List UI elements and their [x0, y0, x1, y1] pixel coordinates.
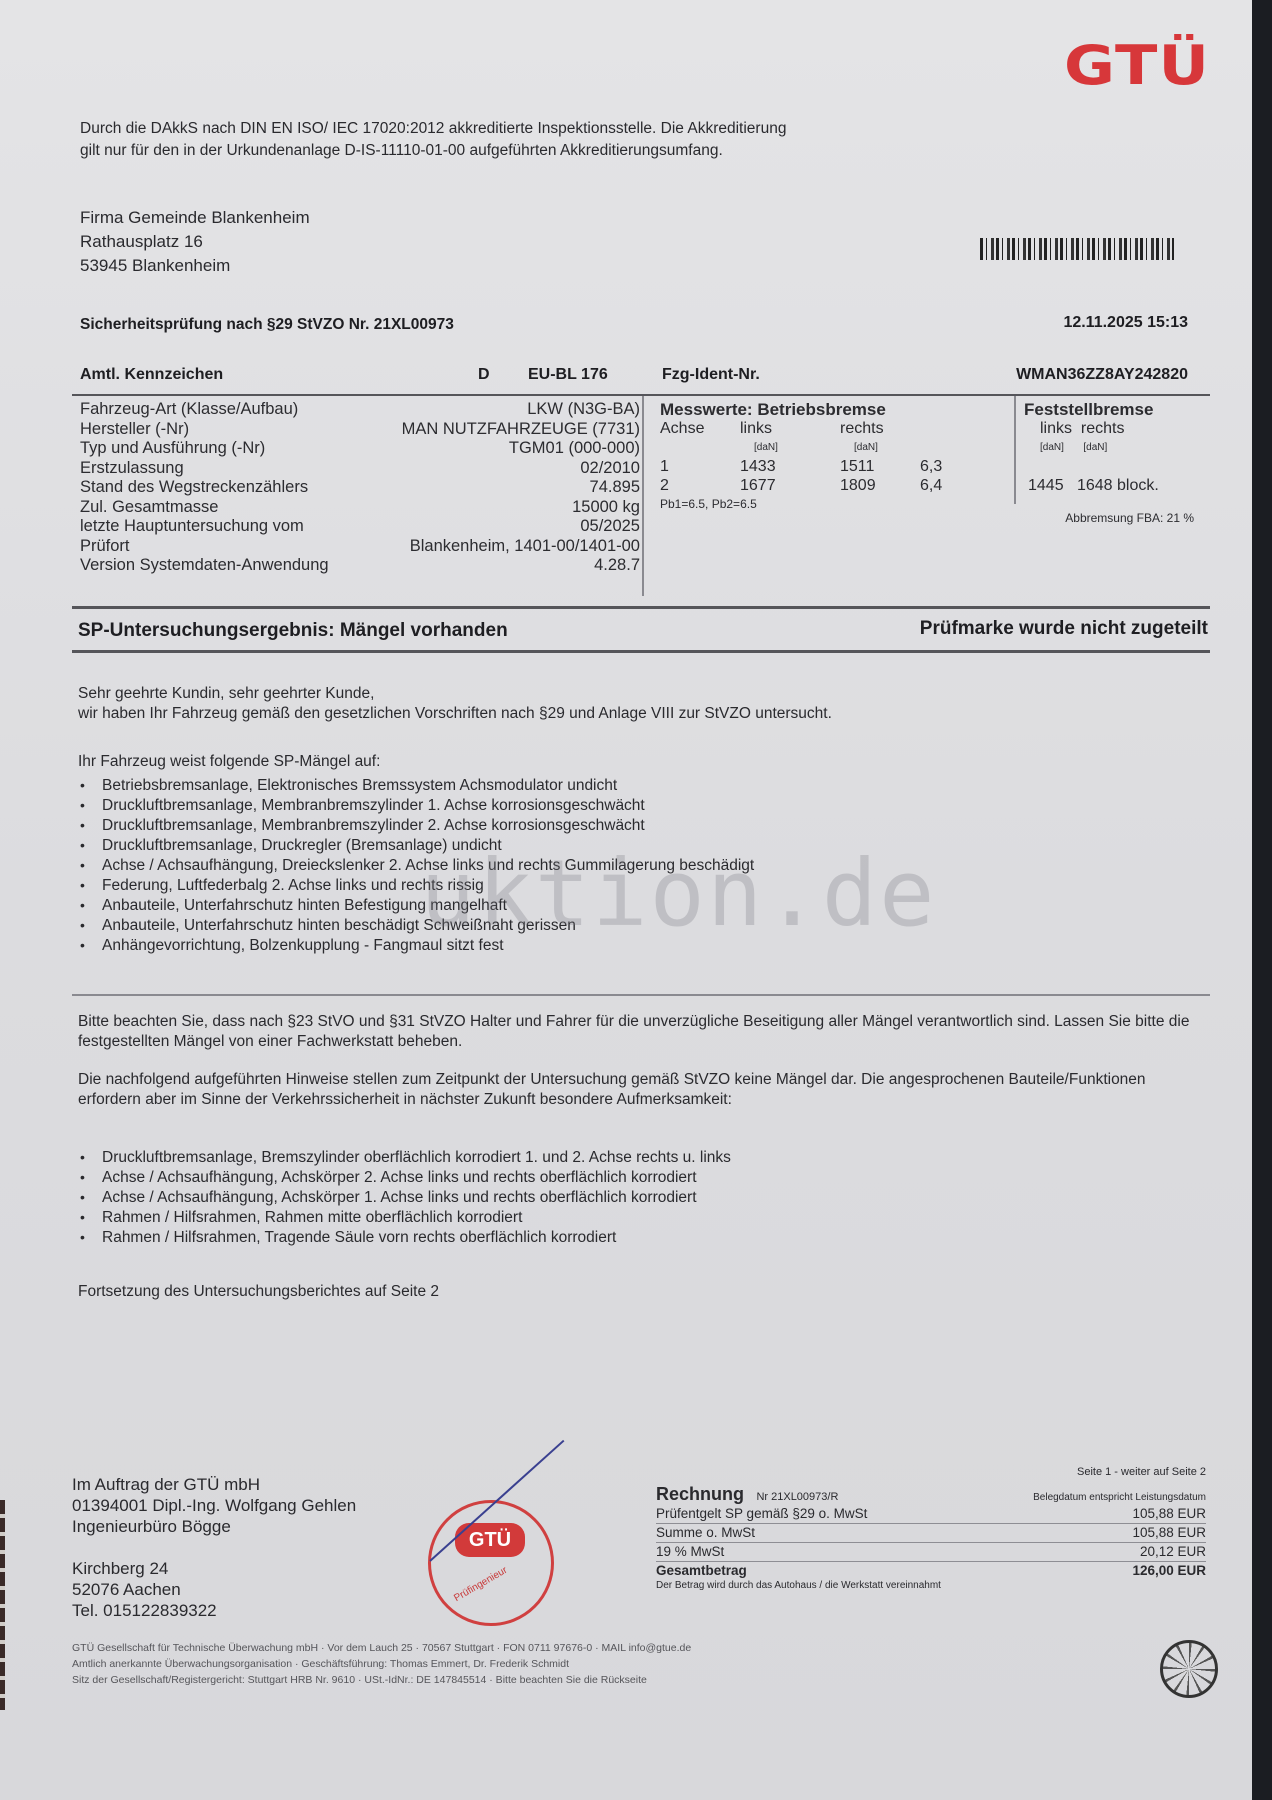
barcode	[980, 238, 1174, 260]
divider	[72, 994, 1210, 996]
vehicle-data-label: Typ und Ausführung (-Nr)	[80, 439, 265, 459]
defect-item: Federung, Luftfederbalg 2. Achse links u…	[78, 876, 1178, 896]
vin-label: Fzg-Ident-Nr.	[662, 366, 760, 384]
brake-row: 2167718096,4	[660, 476, 1020, 495]
inspector-stamp: GTÜ Prüfingenieur	[428, 1500, 554, 1626]
defect-item: Druckluftbremsanlage, Membranbremszylind…	[78, 796, 1178, 816]
service-brake-title: Messwerte: Betriebsbremse	[660, 400, 1020, 419]
recipient-city: 53945 Blankenheim	[80, 254, 310, 278]
vehicle-data-value: TGM01 (000-000)	[509, 439, 640, 459]
vin-value: WMAN36ZZ8AY242820	[1016, 366, 1188, 384]
hint-item: Rahmen / Hilfsrahmen, Tragende Säule vor…	[78, 1228, 1178, 1248]
vehicle-data-label: Erstzulassung	[80, 459, 184, 479]
divider	[72, 606, 1210, 609]
signature-line: Ingenieurbüro Bögge	[72, 1516, 356, 1537]
page-info: Seite 1 - weiter auf Seite 2	[656, 1466, 1206, 1478]
service-brake-header: Achse links rechts [daN] [daN]	[660, 419, 1020, 457]
vehicle-data-value: Blankenheim, 1401-00/1401-00	[410, 537, 640, 557]
letter-intro: Sehr geehrte Kundin, sehr geehrter Kunde…	[78, 684, 1198, 724]
deceleration: Abbremsung FBA: 21 %	[1024, 509, 1214, 528]
vehicle-data-row: Typ und Ausführung (-Nr)TGM01 (000-000)	[80, 439, 640, 459]
invoice-block: Seite 1 - weiter auf Seite 2 Rechnung Nr…	[656, 1466, 1206, 1591]
plate-label: Amtl. Kennzeichen	[80, 366, 223, 384]
pressure-note: Pb1=6.5, Pb2=6.5	[660, 495, 1020, 514]
vehicle-data-row: Version Systemdaten-Anwendung4.28.7	[80, 556, 640, 576]
service-brake-panel: Messwerte: Betriebsbremse Achse links re…	[660, 400, 1020, 514]
report-title: Sicherheitsprüfung nach §29 StVZO Nr. 21…	[80, 316, 454, 334]
vehicle-data-label: Fahrzeug-Art (Klasse/Aufbau)	[80, 400, 298, 420]
plate-value: EU-BL 176	[528, 366, 608, 384]
invoice-date-note: Belegdatum entspricht Leistungsdatum	[1033, 1492, 1206, 1503]
inspection-sticker-status: Prüfmarke wurde nicht zugeteilt	[920, 618, 1208, 640]
recipient-address: Firma Gemeinde Blankenheim Rathausplatz …	[80, 206, 310, 278]
vehicle-data-value: 4.28.7	[594, 556, 640, 576]
hint-item: Druckluftbremsanlage, Bremszylinder ober…	[78, 1148, 1178, 1168]
vehicle-data-label: Hersteller (-Nr)	[80, 420, 189, 440]
hints-intro: Die nachfolgend aufgeführten Hinweise st…	[78, 1070, 1198, 1110]
divider	[72, 650, 1210, 653]
signature-block: Im Auftrag der GTÜ mbH01394001 Dipl.-Ing…	[72, 1474, 356, 1621]
report-datetime: 12.11.2025 15:13	[1063, 314, 1188, 332]
divider	[642, 396, 644, 596]
vehicle-data-value: 15000 kg	[572, 498, 640, 518]
responsibility-note: Bitte beachten Sie, dass nach §23 StVO u…	[78, 1012, 1198, 1052]
defects-list: Betriebsbremsanlage, Elektronisches Brem…	[78, 776, 1178, 956]
defect-item: Achse / Achsaufhängung, Dreieckslenker 2…	[78, 856, 1178, 876]
defects-heading: Ihr Fahrzeug weist folgende SP-Mängel au…	[78, 752, 1198, 772]
defect-item: Druckluftbremsanlage, Druckregler (Brems…	[78, 836, 1178, 856]
binder-edge	[0, 1500, 5, 1710]
vehicle-data-value: LKW (N3G-BA)	[527, 400, 640, 420]
vehicle-data-label: Version Systemdaten-Anwendung	[80, 556, 329, 576]
parking-brake-values: 1445 1648 block.	[1024, 476, 1214, 495]
signature-line: Im Auftrag der GTÜ mbH	[72, 1474, 356, 1495]
parking-brake-panel: Feststellbremse links rechts [daN] [daN]…	[1024, 400, 1214, 528]
screen-bezel	[1252, 0, 1272, 1800]
stamp-text: Prüfingenieur	[452, 1565, 509, 1604]
invoice-note: Der Betrag wird durch das Autohaus / die…	[656, 1580, 1206, 1591]
recipient-street: Rathausplatz 16	[80, 230, 310, 254]
vehicle-data-label: letzte Hauptuntersuchung vom	[80, 517, 304, 537]
vehicle-data-label: Zul. Gesamtmasse	[80, 498, 218, 518]
hint-item: Achse / Achsaufhängung, Achskörper 1. Ac…	[78, 1188, 1178, 1208]
defect-item: Anbauteile, Unterfahrschutz hinten besch…	[78, 916, 1178, 936]
vehicle-data-label: Stand des Wegstreckenzählers	[80, 478, 308, 498]
vehicle-data-row: Erstzulassung02/2010	[80, 459, 640, 479]
invoice-rows: Prüfentgelt SP gemäß §29 o. MwSt105,88 E…	[656, 1505, 1206, 1562]
defect-item: Betriebsbremsanlage, Elektronisches Brem…	[78, 776, 1178, 796]
vehicle-data-row: Zul. Gesamtmasse15000 kg	[80, 498, 640, 518]
signature-line	[72, 1537, 356, 1558]
gtue-logo: GTÜ	[1064, 34, 1210, 97]
company-footer: GTÜ Gesellschaft für Technische Überwach…	[72, 1640, 1112, 1688]
service-brake-rows: 1143315116,32167718096,4	[660, 457, 1020, 495]
signature-line: Tel. 015122839322	[72, 1600, 356, 1621]
certification-seal-icon	[1160, 1640, 1218, 1698]
vehicle-data-row: Stand des Wegstreckenzählers74.895	[80, 478, 640, 498]
signature-line: Kirchberg 24	[72, 1558, 356, 1579]
brake-row: 1143315116,3	[660, 457, 1020, 476]
vehicle-data-label: Prüfort	[80, 537, 130, 557]
hint-item: Achse / Achsaufhängung, Achskörper 2. Ac…	[78, 1168, 1178, 1188]
recipient-name: Firma Gemeinde Blankenheim	[80, 206, 310, 230]
signature-line: 52076 Aachen	[72, 1579, 356, 1600]
vehicle-data-value: 74.895	[590, 478, 640, 498]
divider	[72, 394, 1210, 396]
vehicle-data-row: Fahrzeug-Art (Klasse/Aufbau)LKW (N3G-BA)	[80, 400, 640, 420]
vehicle-data-table: Fahrzeug-Art (Klasse/Aufbau)LKW (N3G-BA)…	[80, 400, 640, 576]
vehicle-data-value: 02/2010	[580, 459, 640, 479]
hint-item: Rahmen / Hilfsrahmen, Rahmen mitte oberf…	[78, 1208, 1178, 1228]
invoice-total: Gesamtbetrag 126,00 EUR	[656, 1562, 1206, 1580]
plate-country: D	[478, 366, 490, 384]
vehicle-data-row: PrüfortBlankenheim, 1401-00/1401-00	[80, 537, 640, 557]
continuation-note: Fortsetzung des Untersuchungsberichtes a…	[78, 1282, 1198, 1302]
invoice-row: Prüfentgelt SP gemäß §29 o. MwSt105,88 E…	[656, 1505, 1206, 1524]
vehicle-data-row: letzte Hauptuntersuchung vom05/2025	[80, 517, 640, 537]
invoice-row: 19 % MwSt20,12 EUR	[656, 1543, 1206, 1562]
vehicle-data-row: Hersteller (-Nr)MAN NUTZFAHRZEUGE (7731)	[80, 420, 640, 440]
vehicle-data-value: MAN NUTZFAHRZEUGE (7731)	[402, 420, 640, 440]
document-page: GTÜ Durch die DAkkS nach DIN EN ISO/ IEC…	[0, 0, 1252, 1800]
defect-item: Anhängevorrichtung, Bolzenkupplung - Fan…	[78, 936, 1178, 956]
defect-item: Anbauteile, Unterfahrschutz hinten Befes…	[78, 896, 1178, 916]
hints-list: Druckluftbremsanlage, Bremszylinder ober…	[78, 1148, 1178, 1248]
result-status: SP-Untersuchungsergebnis: Mängel vorhand…	[78, 620, 508, 642]
invoice-row: Summe o. MwSt105,88 EUR	[656, 1524, 1206, 1543]
invoice-title: Rechnung	[656, 1484, 744, 1504]
defect-item: Druckluftbremsanlage, Membranbremszylind…	[78, 816, 1178, 836]
accreditation-note: Durch die DAkkS nach DIN EN ISO/ IEC 170…	[80, 118, 1040, 162]
invoice-number: Nr 21XL00973/R	[756, 1491, 838, 1503]
signature-line: 01394001 Dipl.-Ing. Wolfgang Gehlen	[72, 1495, 356, 1516]
vehicle-data-value: 05/2025	[580, 517, 640, 537]
parking-brake-title: Feststellbremse	[1024, 400, 1214, 419]
